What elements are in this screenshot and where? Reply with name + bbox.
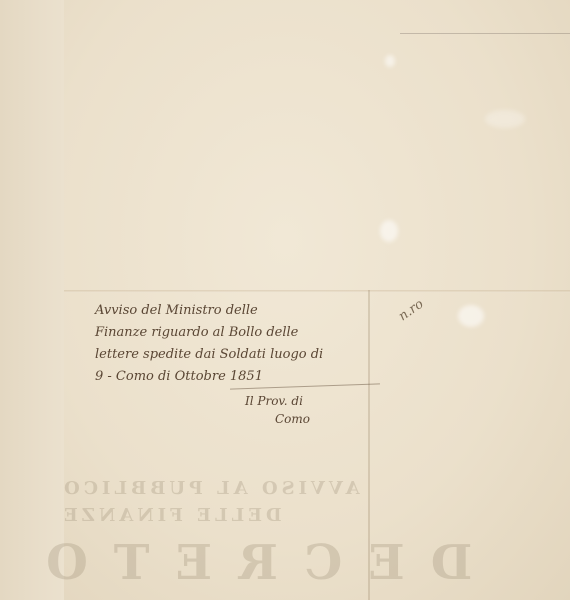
document-page: AVVISO AL PUBBLICO DELLE FINANZE DECRETO… [0, 0, 570, 600]
note-line: lettere spedite dai Soldati luogo di [95, 344, 385, 366]
pencil-line [400, 33, 570, 34]
handwritten-note: Avviso del Ministro delle Finanze riguar… [95, 300, 385, 388]
page-left-margin [0, 0, 64, 600]
signature: Il Prov. di Como [245, 392, 310, 428]
bleed-through-line-1: AVVISO AL PUBBLICO [60, 478, 360, 499]
bleed-through-line-2: DELLE FINANZE [60, 505, 282, 526]
note-line: Finanze riguardo al Bollo delle [95, 322, 385, 344]
bleed-through-line-3: DECRETO [20, 535, 472, 591]
note-line: Avviso del Ministro delle [95, 300, 385, 322]
horizontal-fold [64, 290, 570, 293]
stain-spot [485, 110, 525, 128]
stain-spot [385, 55, 395, 67]
stain-spot [458, 305, 484, 327]
signature-line: Il Prov. di [245, 392, 310, 410]
margin-mark: n.ro [396, 297, 426, 325]
stain-spot [380, 220, 398, 242]
signature-line: Como [245, 410, 310, 428]
